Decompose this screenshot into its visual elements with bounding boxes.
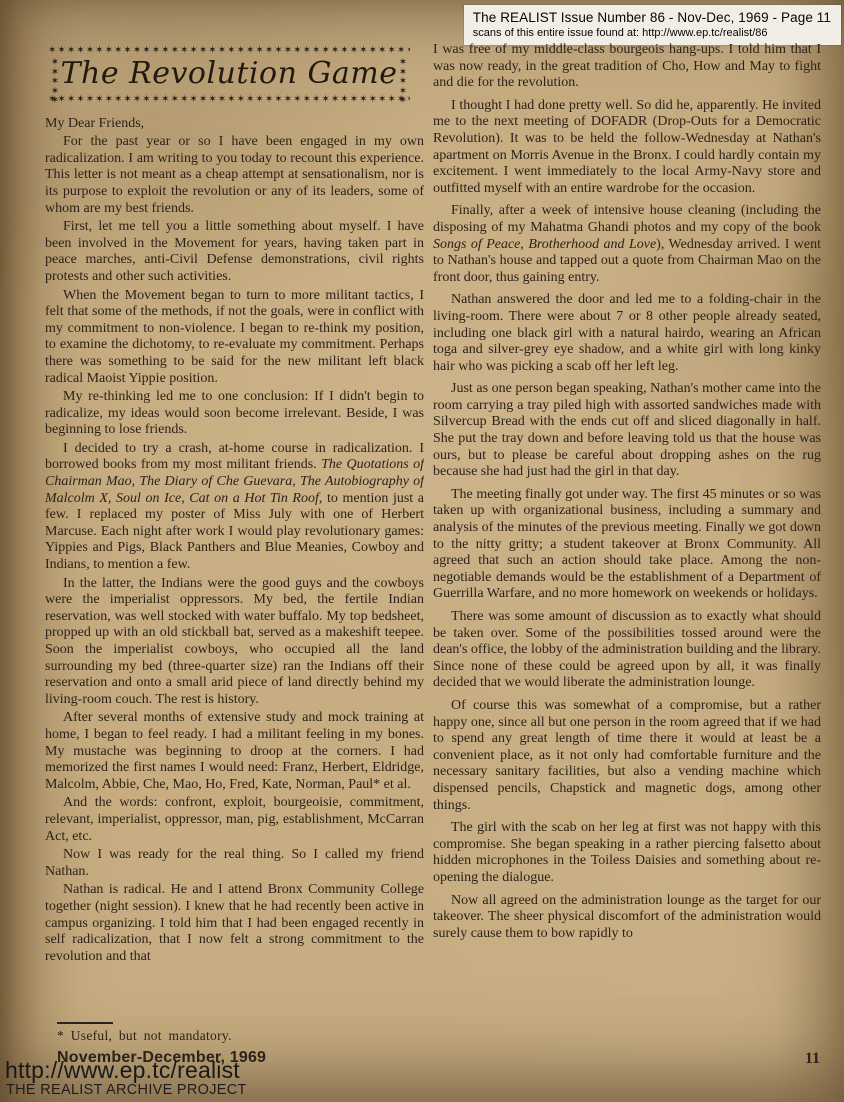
footnote: * Useful, but not mandatory. <box>57 1028 232 1044</box>
archive-scan-header: The REALIST Issue Number 86 - Nov-Dec, 1… <box>464 5 841 45</box>
article-paragraph: The meeting finally got under way. The f… <box>433 487 821 603</box>
article-paragraph: Of course this was somewhat of a comprom… <box>433 698 821 814</box>
star-border-bottom: ✶✶✶✶✶✶✶✶✶✶✶✶✶✶✶✶✶✶✶✶✶✶✶✶✶✶✶✶✶✶✶✶✶✶✶✶✶✶✶✶… <box>48 94 410 106</box>
page-number: 11 <box>805 1050 820 1068</box>
article-paragraph: Nathan is radical. He and I attend Bronx… <box>45 882 424 965</box>
article-paragraph: There was some amount of discussion as t… <box>433 609 821 692</box>
article-paragraph: My Dear Friends, <box>45 116 424 133</box>
article-paragraph: I was free of my middle-class bourgeois … <box>433 42 821 92</box>
article-paragraph: Now I was ready for the real thing. So I… <box>45 847 424 880</box>
article-paragraph: Now all agreed on the administration lou… <box>433 893 821 943</box>
footnote-rule <box>57 1022 113 1024</box>
scanned-magazine-page: { "scan_header": { "line1": "The REALIST… <box>0 0 844 1102</box>
article-paragraph: When the Movement began to turn to more … <box>45 288 424 388</box>
article-paragraph: I decided to try a crash, at-home course… <box>45 441 424 574</box>
article-paragraph: For the past year or so I have been enga… <box>45 134 424 217</box>
article-paragraph: First, let me tell you a little somethin… <box>45 219 424 285</box>
archive-url-overlay: http://www.ep.tc/realist <box>5 1057 240 1084</box>
article-paragraph: After several months of extensive study … <box>45 710 424 793</box>
article-paragraph: Nathan answered the door and led me to a… <box>433 292 821 375</box>
article-paragraph: I thought I had done pretty well. So did… <box>433 98 821 198</box>
archive-project-overlay: THE REALIST ARCHIVE PROJECT <box>6 1082 247 1098</box>
article-column-right: I was free of my middle-class bourgeois … <box>433 42 821 1045</box>
article-paragraph: Just as one person began speaking, Natha… <box>433 381 821 481</box>
article-column-left: ✶✶✶✶✶✶✶✶✶✶✶✶✶✶✶✶✶✶✶✶✶✶✶✶✶✶✶✶✶✶✶✶✶✶✶✶✶✶✶✶… <box>45 45 424 1023</box>
article-paragraph: The girl with the scab on her leg at fir… <box>433 820 821 886</box>
star-border-right: ✶✶✶✶✶ <box>397 58 409 106</box>
article-title: The Revolution Game <box>48 57 410 94</box>
star-border-left: ✶✶✶✶✶ <box>49 58 61 106</box>
article-column-left-body: My Dear Friends,For the past year or so … <box>45 116 424 966</box>
article-paragraph: In the latter, the Indians were the good… <box>45 576 424 709</box>
article-title-box: ✶✶✶✶✶✶✶✶✶✶✶✶✶✶✶✶✶✶✶✶✶✶✶✶✶✶✶✶✶✶✶✶✶✶✶✶✶✶✶✶… <box>48 45 410 106</box>
article-paragraph: And the words: confront, exploit, bourge… <box>45 795 424 845</box>
scan-header-source-note: scans of this entire issue found at: htt… <box>473 27 831 39</box>
scan-header-title: The REALIST Issue Number 86 - Nov-Dec, 1… <box>473 10 831 25</box>
article-paragraph: Finally, after a week of intensive house… <box>433 203 821 286</box>
article-paragraph: My re-thinking led me to one conclusion:… <box>45 389 424 439</box>
